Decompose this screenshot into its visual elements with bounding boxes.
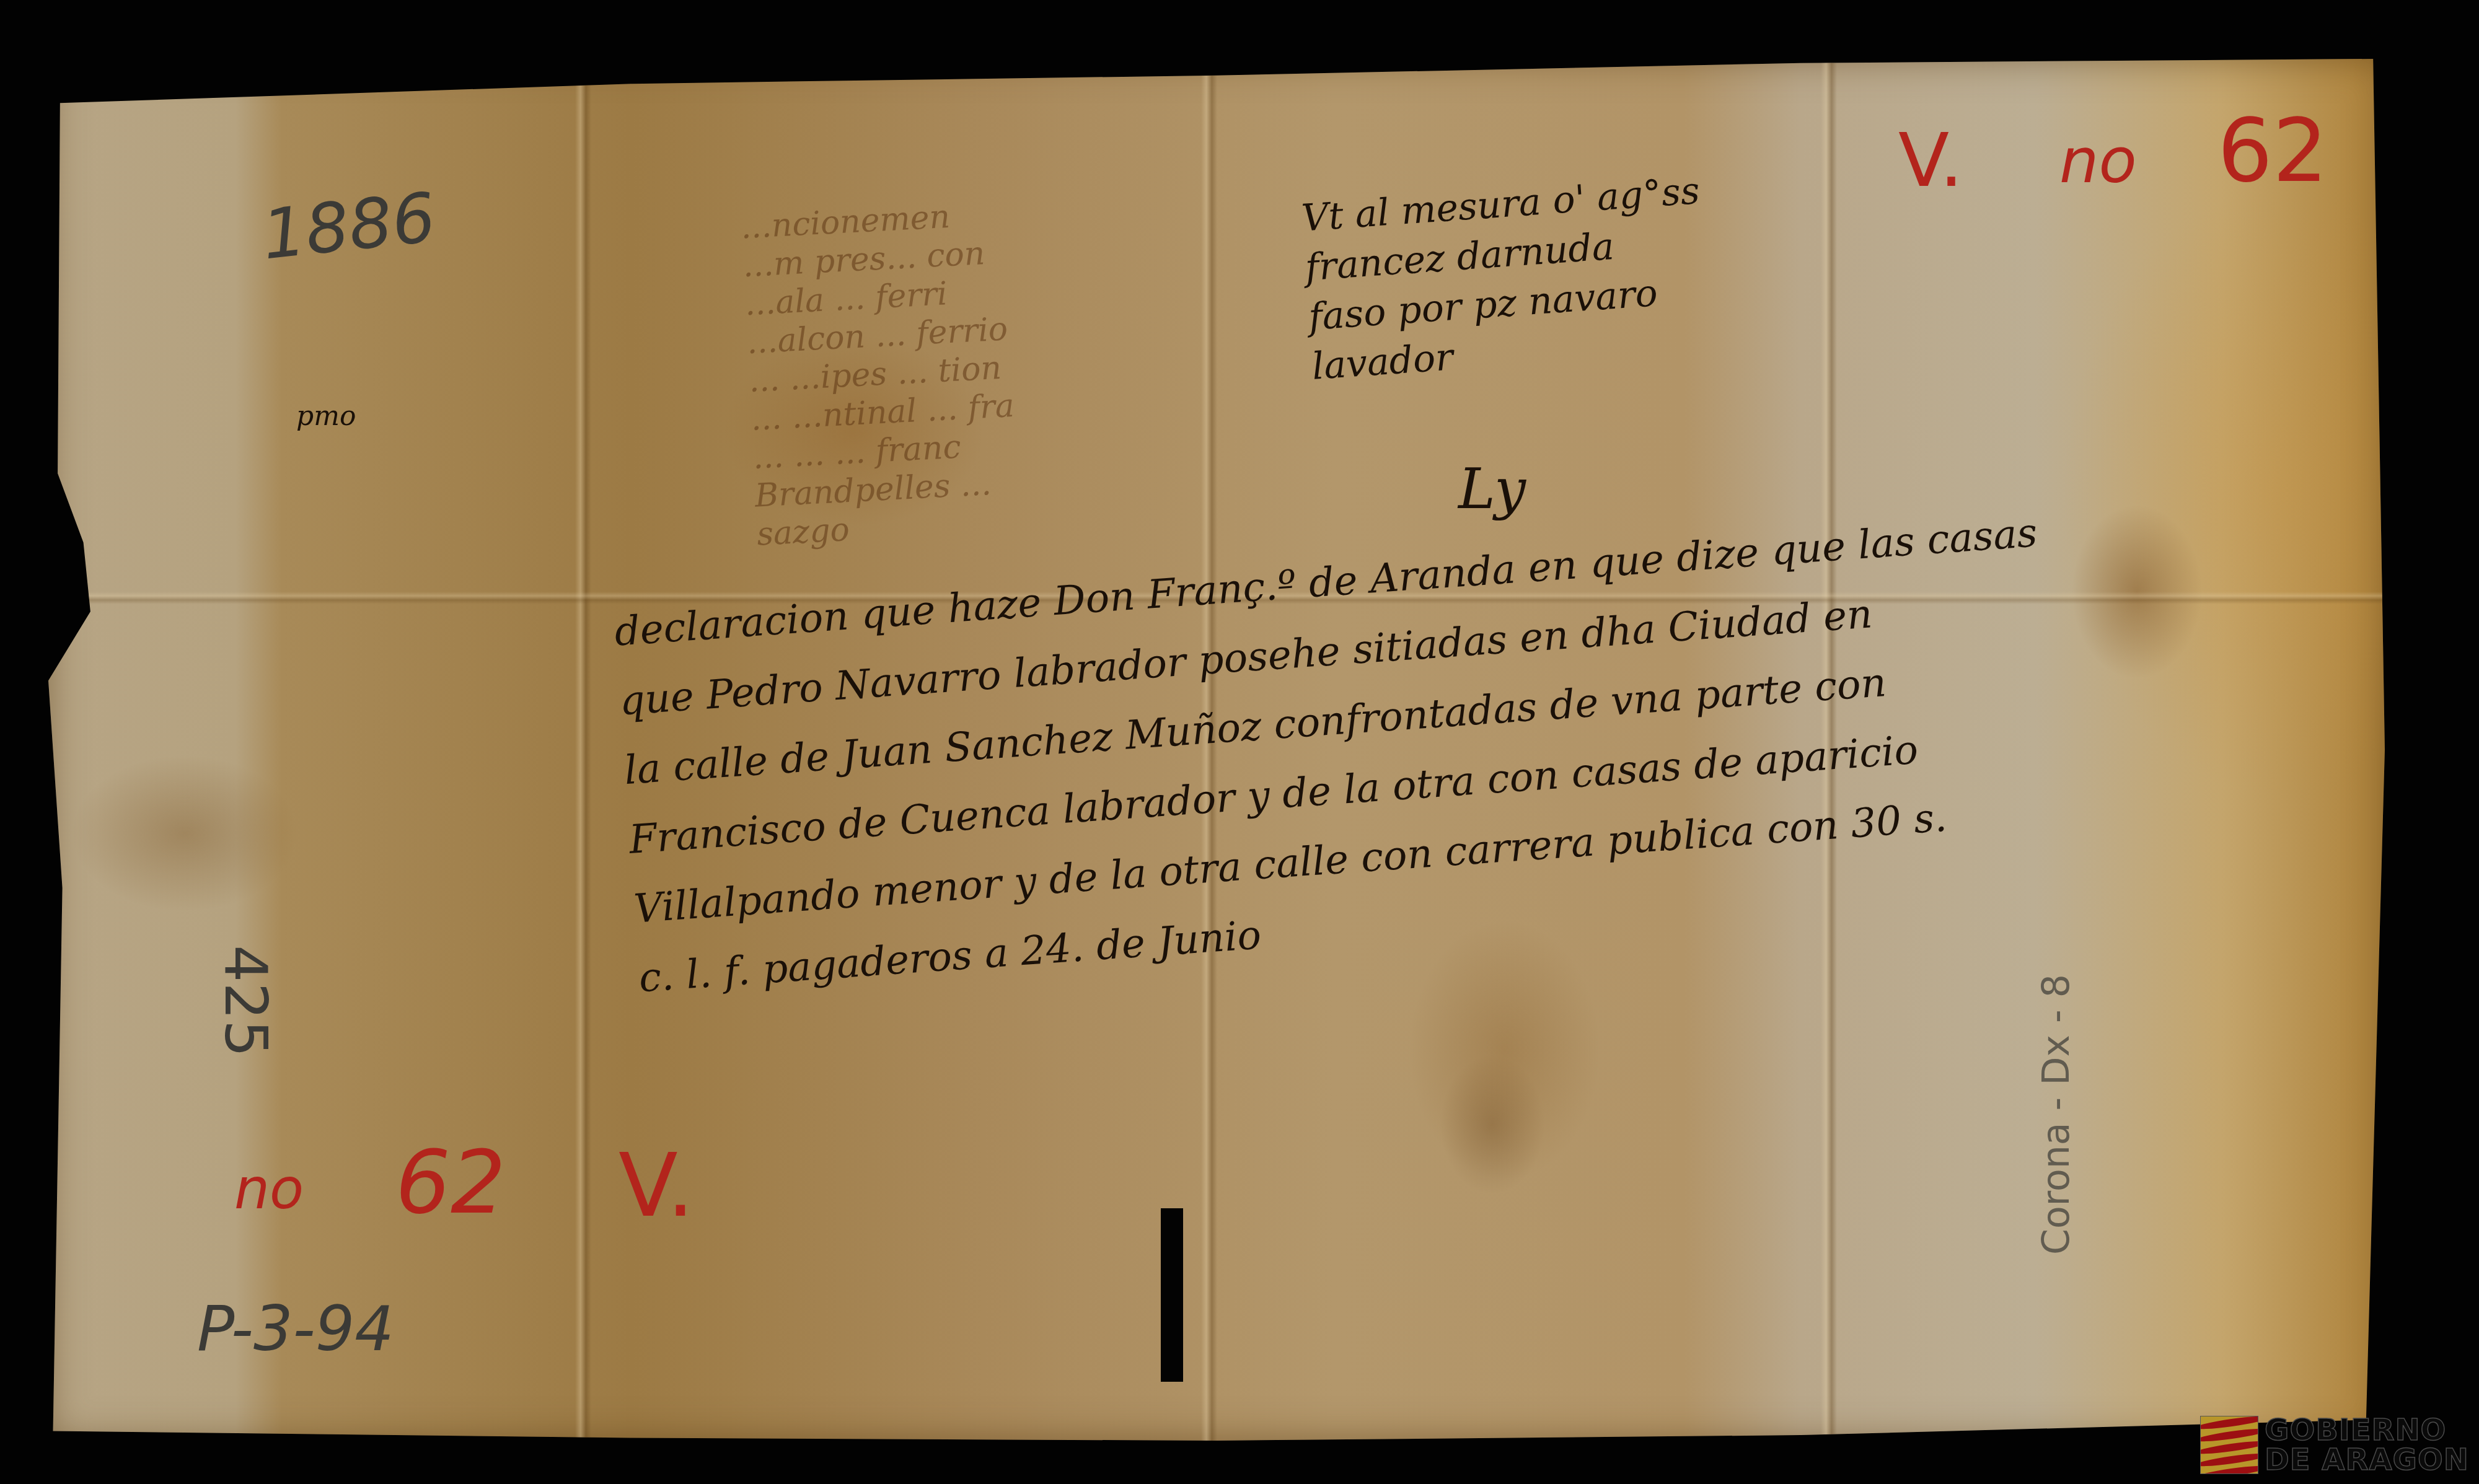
aragon-flag-icon (2200, 1416, 2258, 1474)
rotated-folio-number: 425 (216, 945, 275, 1057)
faded-text-block: ...ncionemen ...m pres... con ...ala ...… (749, 201, 1013, 547)
parchment-slit (1161, 1208, 1183, 1382)
red-v-mark-top: V. (1898, 124, 1963, 198)
fold-line (575, 59, 591, 1441)
red-no-mark: no (234, 1162, 304, 1218)
red-no-mark-top: no (2059, 130, 2137, 192)
marginal-word: pmo (296, 403, 356, 430)
catalog-number: 1886 (259, 183, 439, 270)
middle-mark: Ly (1458, 462, 1526, 517)
red-number-mark-top: 62 (2217, 108, 2328, 195)
vertical-pencil-note: Corona - Dx - 8 (2038, 974, 2075, 1255)
red-v-mark: V. (619, 1143, 694, 1230)
red-number-mark: 62 (395, 1140, 506, 1227)
logo-line-2: DE ARAGON (2265, 1445, 2469, 1475)
gobierno-aragon-logo: GOBIERNO DE ARAGON (2200, 1415, 2469, 1475)
parchment-document: 1886 pmo 425 no 62 V. P-3-94 ...ncioneme… (48, 59, 2385, 1441)
logo-line-1: GOBIERNO (2265, 1415, 2469, 1445)
pencil-shelfmark: P-3-94 (197, 1298, 394, 1360)
endorsement-block: Vt al mesura o' ag°ss francez darnuda fa… (1306, 180, 1705, 378)
main-text-block: declaracion que haze Don Franç.º de Aran… (612, 598, 2038, 1014)
